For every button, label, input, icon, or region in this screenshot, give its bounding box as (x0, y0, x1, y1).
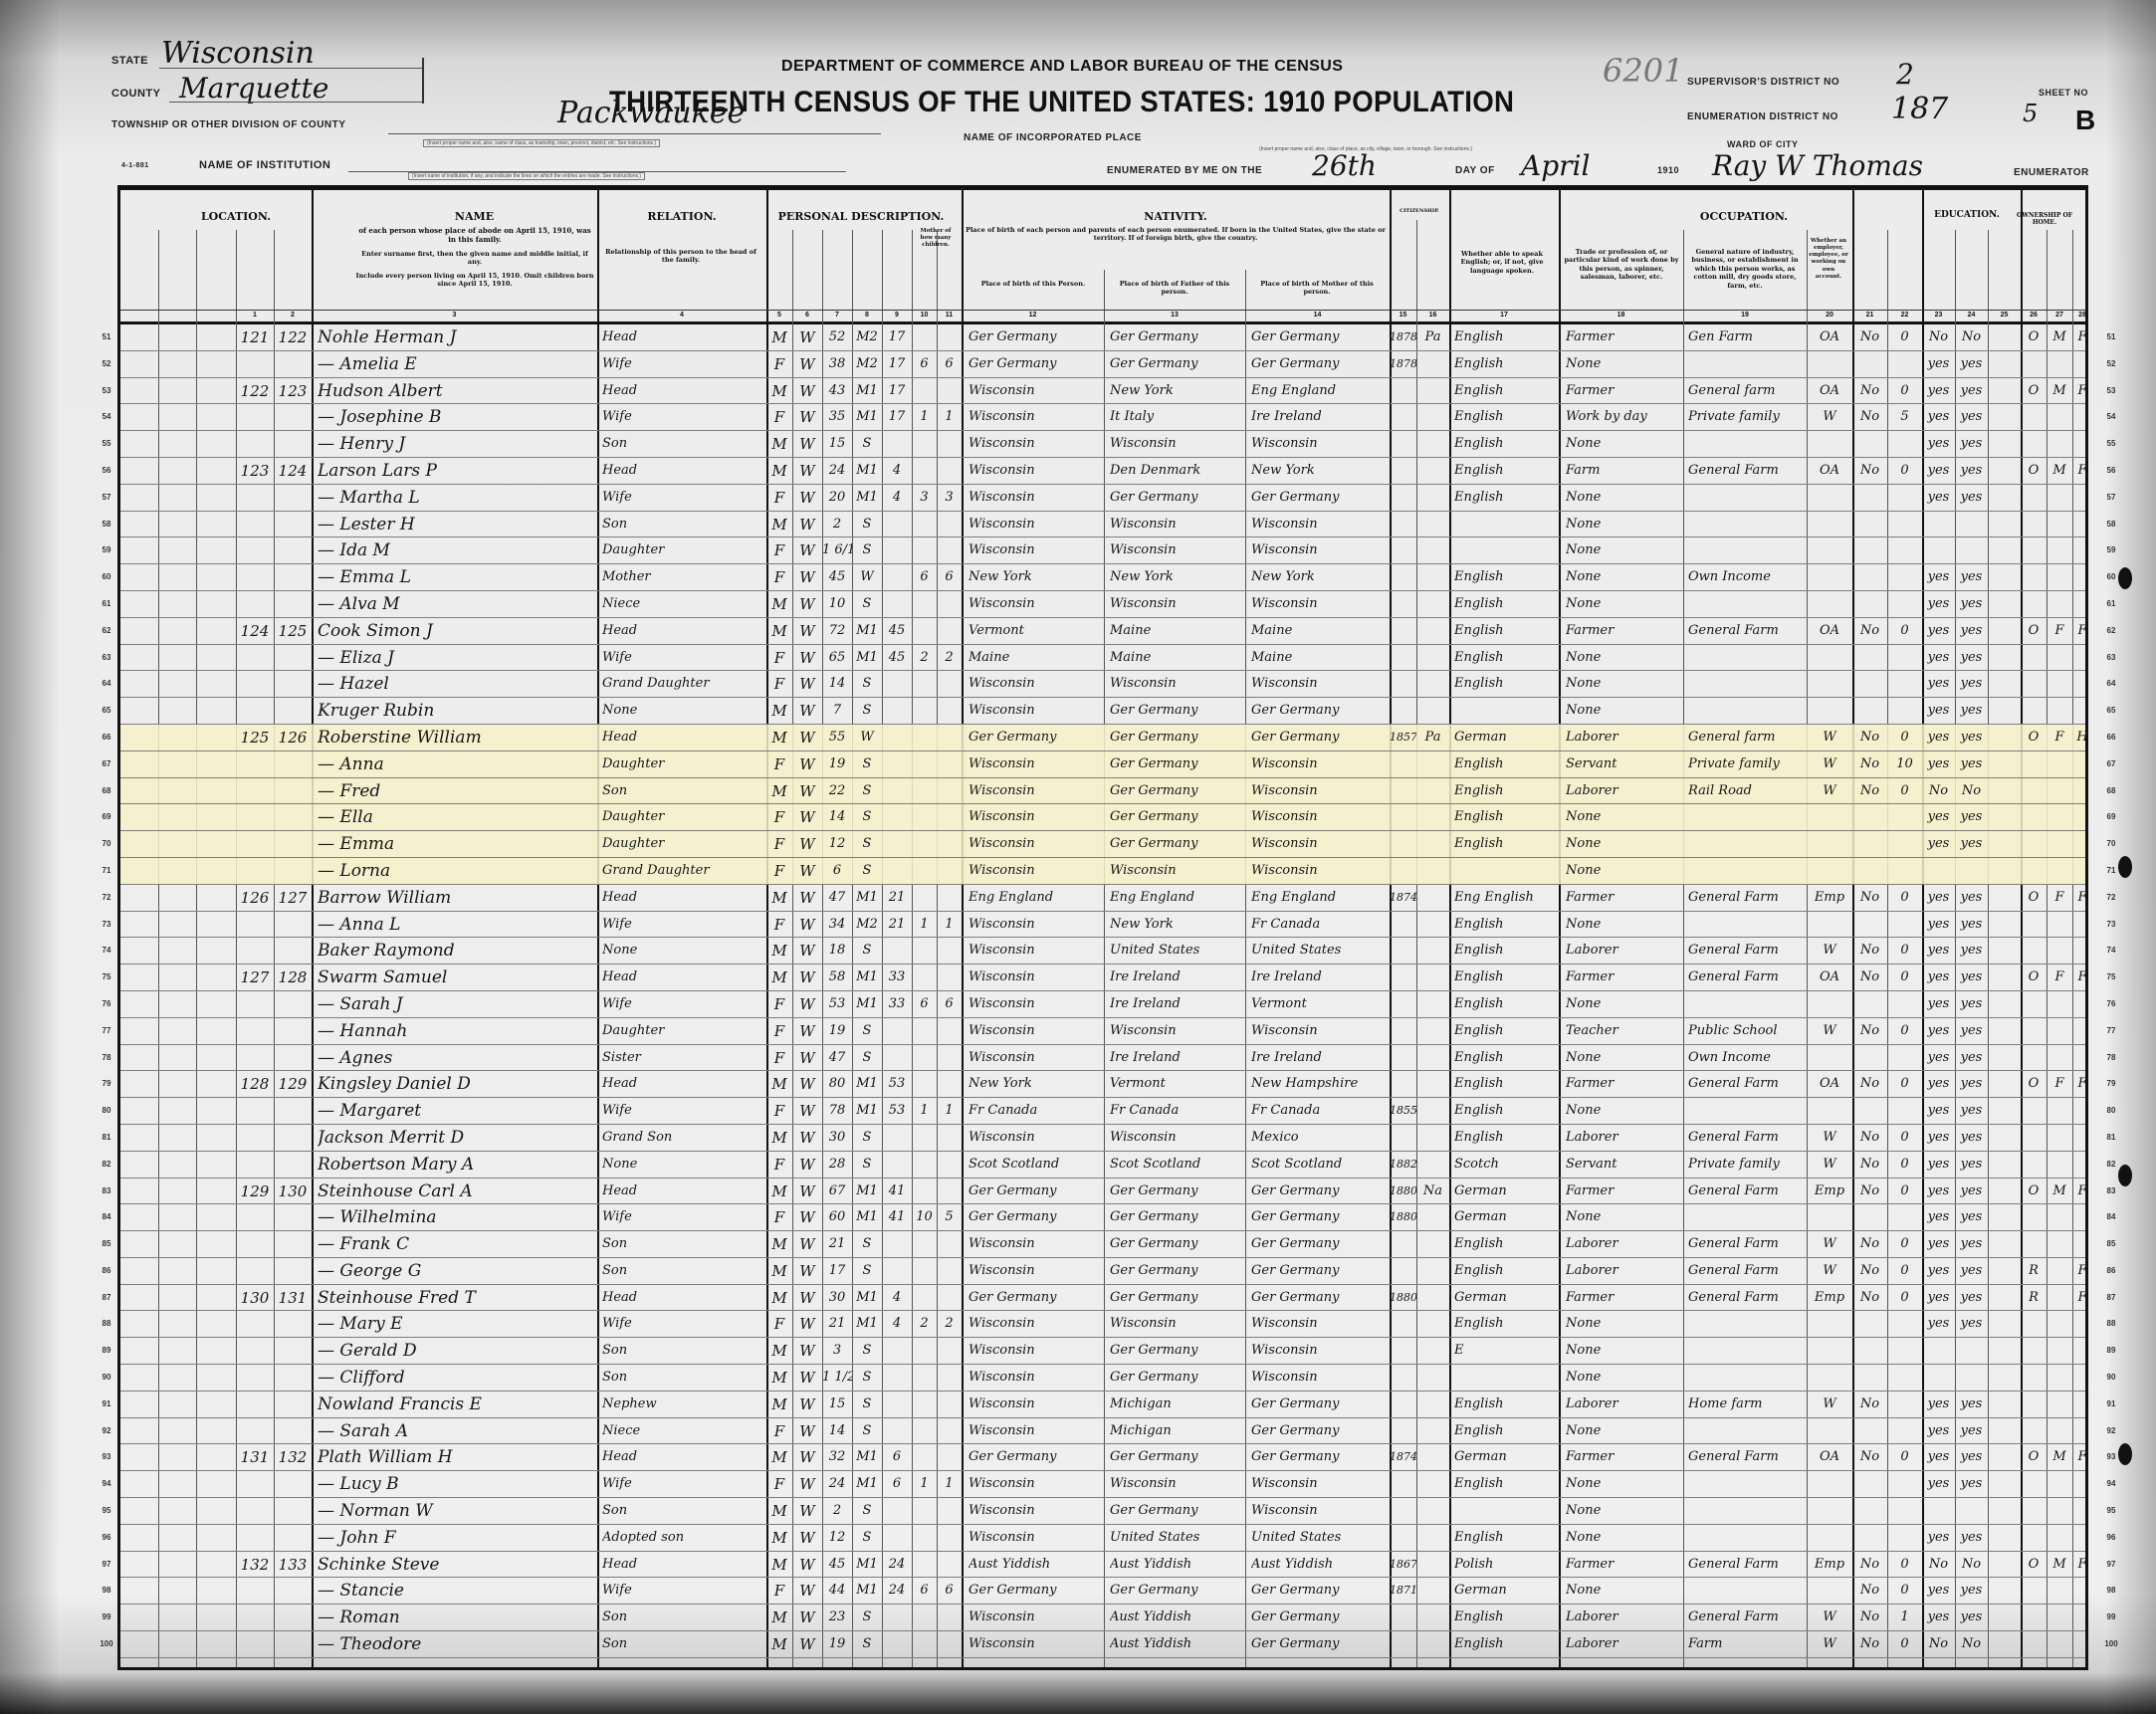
language: English (1454, 938, 1558, 964)
industry: General Farm (1688, 1444, 1806, 1470)
birthplace: Wisconsin (969, 1365, 1102, 1391)
trade: Laborer (1566, 938, 1681, 964)
line-number-left: 54 (97, 412, 116, 421)
can-write: yes (1955, 804, 1988, 830)
census-row[interactable]: 91 Nowland Francis E Nephew M W 15 S Wis… (120, 1392, 2085, 1418)
census-row[interactable]: 77 — Hannah Daughter F W 19 S Wisconsin … (120, 1018, 2085, 1045)
census-row[interactable]: 88 — Mary E Wife F W 21 M1 4 2 2 Wiscons… (120, 1311, 2085, 1338)
census-row[interactable]: 55 — Henry J Son M W 15 S Wisconsin Wisc… (120, 431, 2085, 458)
can-read: yes (1922, 804, 1955, 830)
mother-birthplace: Ire Ireland (1251, 1045, 1389, 1071)
person-name: Swarm Samuel (318, 964, 594, 990)
race: W (792, 537, 822, 563)
census-row[interactable]: 71 — Lorna Grand Daughter F W 6 S Wiscon… (120, 858, 2085, 885)
father-birthplace: Ger Germany (1110, 1285, 1243, 1311)
years-married (882, 591, 912, 617)
census-row[interactable]: 99 — Roman Son M W 23 S Wisconsin Aust Y… (120, 1605, 2085, 1631)
farm-or-house (2072, 1525, 2092, 1551)
birthplace: Wisconsin (969, 938, 1102, 964)
can-read (1922, 1498, 1955, 1524)
trade: None (1566, 1418, 1681, 1444)
person-name: — Mary E (318, 1311, 594, 1337)
person-name: — Sarah J (318, 991, 594, 1017)
census-row[interactable]: 95 — Norman W Son M W 2 S Wisconsin Ger … (120, 1498, 2085, 1525)
census-row[interactable]: 87 130 131 Steinhouse Fred T Head M W 30… (120, 1285, 2085, 1312)
farm-or-house (2072, 778, 2092, 804)
line-number-right: 68 (2101, 786, 2121, 795)
language: English (1454, 1258, 1558, 1284)
trade: Laborer (1566, 778, 1681, 804)
column-number: 15 (1390, 312, 1416, 319)
birthplace: Ger Germany (969, 1204, 1102, 1230)
out-of-work: No (1852, 1231, 1887, 1257)
home-mortgaged (2047, 1578, 2072, 1604)
employer-status: OA (1807, 1444, 1852, 1470)
employer-status (1807, 1365, 1852, 1391)
person-name: — Sarah A (318, 1418, 594, 1444)
can-write: yes (1955, 1418, 1988, 1444)
birthplace: Wisconsin (969, 751, 1102, 777)
children-born (912, 1152, 937, 1178)
home-owned (2021, 858, 2047, 884)
census-row[interactable]: 75 127 128 Swarm Samuel Head M W 58 M1 3… (120, 964, 2085, 991)
state-value: Wisconsin (161, 36, 315, 71)
home-mortgaged: F (2047, 725, 2072, 750)
naturalization: Na (1416, 1178, 1449, 1204)
children-born (912, 537, 937, 563)
industry: Own Income (1688, 1045, 1806, 1071)
census-row[interactable]: 79 128 129 Kingsley Daniel D Head M W 80… (120, 1071, 2085, 1098)
census-row[interactable]: 93 131 132 Plath William H Head M W 32 M… (120, 1444, 2085, 1471)
nativity-heading: NATIVITY. (962, 210, 1390, 223)
age: 14 (822, 671, 852, 697)
person-name: Roberstine William (318, 725, 594, 750)
immigration-year: 1874 (1390, 1444, 1416, 1470)
marital-status: S (852, 1605, 882, 1630)
can-write: yes (1955, 1285, 1988, 1311)
can-write: yes (1955, 1045, 1988, 1071)
language: English (1454, 1525, 1558, 1551)
out-of-work: No (1852, 1578, 1887, 1604)
years-married (882, 431, 912, 457)
can-read: yes (1922, 431, 1955, 457)
mother-birthplace: Vermont (1251, 991, 1389, 1017)
race: W (792, 485, 822, 511)
can-write: yes (1955, 991, 1988, 1017)
line-number-left: 87 (97, 1293, 116, 1302)
home-mortgaged (2047, 1418, 2072, 1444)
line-number-right: 95 (2101, 1506, 2121, 1515)
can-read: yes (1922, 1525, 1955, 1551)
census-sheet: STATE Wisconsin COUNTY Marquette TOWNSHI… (0, 0, 2156, 1714)
out-of-work (1852, 1498, 1887, 1524)
family-number (274, 1311, 312, 1337)
enumerated-label: ENUMERATED BY ME ON THE (1107, 165, 1262, 176)
census-row[interactable]: 58 — Lester H Son M W 2 S Wisconsin Wisc… (120, 512, 2085, 538)
sex: M (766, 458, 792, 484)
home-mortgaged (2047, 912, 2072, 938)
person-name: — Anna L (318, 912, 594, 938)
census-row[interactable]: 90 — Clifford Son M W 1 1/2 S Wisconsin … (120, 1365, 2085, 1392)
farm-or-house (2072, 671, 2092, 697)
employer-status: W (1807, 1631, 1852, 1657)
census-row[interactable]: 73 — Anna L Wife F W 34 M2 21 1 1 Wiscon… (120, 912, 2085, 939)
census-row[interactable]: 64 — Hazel Grand Daughter F W 14 S Wisco… (120, 671, 2085, 698)
race: W (792, 645, 822, 671)
out-of-work (1852, 645, 1887, 671)
years-married: 17 (882, 378, 912, 404)
years-married (882, 1338, 912, 1364)
father-birthplace: Michigan (1110, 1418, 1243, 1444)
enumeration-number: 187 (1891, 92, 1948, 126)
birthplace: Wisconsin (969, 1231, 1102, 1257)
age: 20 (822, 485, 852, 511)
immigration-year: 1871 (1390, 1578, 1416, 1604)
weeks-out-of-work (1887, 512, 1922, 537)
sex: F (766, 991, 792, 1017)
can-read: yes (1922, 698, 1955, 724)
census-row[interactable]: 78 — Agnes Sister F W 47 S Wisconsin Ire… (120, 1045, 2085, 1072)
naturalization (1416, 1071, 1449, 1097)
naturalization (1416, 404, 1449, 430)
dwelling-number (236, 698, 274, 724)
line-number-left: 68 (97, 786, 116, 795)
census-row[interactable]: 60 — Emma L Mother F W 45 W 6 6 New York… (120, 564, 2085, 591)
sex: F (766, 404, 792, 430)
years-married (882, 564, 912, 590)
language: English (1454, 1392, 1558, 1417)
immigration-year (1390, 831, 1416, 857)
mother-of-desc: Mother of how many children. (917, 228, 955, 249)
dwelling-number (236, 1311, 274, 1337)
farm-or-house: F (2072, 885, 2092, 911)
father-birthplace: Wisconsin (1110, 1311, 1243, 1337)
employer-status (1807, 1311, 1852, 1337)
can-write: yes (1955, 591, 1988, 617)
mother-birthplace: Wisconsin (1251, 1018, 1389, 1044)
person-name: Hudson Albert (318, 378, 594, 404)
line-number-left: 51 (97, 332, 116, 341)
column-number: 28 (2072, 312, 2092, 319)
weeks-out-of-work: 0 (1887, 1258, 1922, 1284)
children-living (937, 938, 962, 964)
home-owned (2021, 591, 2047, 617)
children-living (937, 1498, 962, 1524)
weeks-out-of-work (1887, 1204, 1922, 1230)
out-of-work (1852, 591, 1887, 617)
naturalization (1416, 591, 1449, 617)
out-of-work: No (1852, 1444, 1887, 1470)
census-row[interactable]: 61 — Alva M Niece M W 10 S Wisconsin Wis… (120, 591, 2085, 618)
enumeration-label: ENUMERATION DISTRICT NO (1687, 111, 1838, 122)
children-born (912, 1018, 937, 1044)
farm-or-house (2072, 1125, 2092, 1151)
family-number (274, 564, 312, 590)
children-living (937, 964, 962, 990)
weeks-out-of-work: 0 (1887, 885, 1922, 911)
can-write: yes (1955, 1018, 1988, 1044)
census-row[interactable]: 80 — Margaret Wife F W 78 M1 53 1 1 Fr C… (120, 1098, 2085, 1125)
line-number-right: 92 (2101, 1426, 2121, 1435)
birthplace: Wisconsin (969, 778, 1102, 804)
census-row[interactable]: 100 — Theodore Son M W 19 S Wisconsin Au… (120, 1631, 2085, 1658)
years-married (882, 512, 912, 537)
census-row[interactable]: 65 Kruger Rubin None M W 7 S Wisconsin G… (120, 698, 2085, 725)
line-number-left: 75 (97, 972, 116, 981)
line-number-left: 76 (97, 999, 116, 1008)
mother-birthplace: Ger Germany (1251, 1631, 1389, 1657)
dwelling-number: 130 (236, 1285, 274, 1311)
line-number-left: 78 (97, 1053, 116, 1062)
mother-birthplace: Wisconsin (1251, 591, 1389, 617)
census-row[interactable]: 67 — Anna Daughter F W 19 S Wisconsin Ge… (120, 751, 2085, 778)
relation: Wife (602, 1471, 763, 1497)
dwelling-number (236, 404, 274, 430)
can-write: yes (1955, 671, 1988, 697)
industry: Rail Road (1688, 778, 1806, 804)
line-number-right: 54 (2101, 412, 2121, 421)
family-number (274, 1204, 312, 1230)
marital-status: S (852, 698, 882, 724)
birthplace: Wisconsin (969, 1498, 1102, 1524)
home-owned (2021, 1525, 2047, 1551)
industry: Own Income (1688, 564, 1806, 590)
column-number: 13 (1104, 312, 1245, 319)
relation: Wife (602, 485, 763, 511)
census-row[interactable]: 74 Baker Raymond None M W 18 S Wisconsin… (120, 938, 2085, 964)
race: W (792, 1338, 822, 1364)
census-row[interactable]: 66 125 126 Roberstine William Head M W 5… (120, 725, 2085, 751)
father-birthplace: Vermont (1110, 1071, 1243, 1097)
can-write: yes (1955, 645, 1988, 671)
children-born: 3 (912, 485, 937, 511)
census-row[interactable]: 89 — Gerald D Son M W 3 S Wisconsin Ger … (120, 1338, 2085, 1365)
out-of-work (1852, 804, 1887, 830)
industry: General Farm (1688, 1605, 1806, 1630)
out-of-work (1852, 351, 1887, 377)
out-of-work: No (1852, 324, 1887, 350)
can-write: yes (1955, 1178, 1988, 1204)
census-row[interactable]: 56 123 124 Larson Lars P Head M W 24 M1 … (120, 458, 2085, 485)
marital-status: W (852, 564, 882, 590)
employer-status: W (1807, 1258, 1852, 1284)
industry: General Farm (1688, 964, 1806, 990)
can-read: yes (1922, 831, 1955, 857)
family-number (274, 404, 312, 430)
marital-status: M1 (852, 1098, 882, 1124)
line-number-left: 80 (97, 1106, 116, 1115)
immigration-year (1390, 751, 1416, 777)
marital-status: S (852, 1365, 882, 1391)
language: English (1454, 404, 1558, 430)
home-mortgaged (2047, 1258, 2072, 1284)
children-born (912, 964, 937, 990)
institution-label: NAME OF INSTITUTION (199, 159, 330, 171)
can-write: yes (1955, 751, 1988, 777)
census-row[interactable]: 94 — Lucy B Wife F W 24 M1 6 1 1 Wiscons… (120, 1471, 2085, 1498)
home-owned: O (2021, 618, 2047, 644)
family-number (274, 1018, 312, 1044)
can-write (1955, 1365, 1988, 1391)
person-name: — Clifford (318, 1365, 594, 1391)
father-birthplace: Ger Germany (1110, 1578, 1243, 1604)
race: W (792, 831, 822, 857)
industry: General Farm (1688, 458, 1806, 484)
person-name: — Stancie (318, 1578, 594, 1604)
can-read: yes (1922, 725, 1955, 750)
language (1454, 1498, 1558, 1524)
marital-status: S (852, 831, 882, 857)
language: English (1454, 351, 1558, 377)
census-row[interactable]: 98 — Stancie Wife F W 44 M1 24 6 6 Ger G… (120, 1578, 2085, 1605)
family-number (274, 1338, 312, 1364)
children-born (912, 512, 937, 537)
mother-birthplace: United States (1251, 1525, 1389, 1551)
children-living (937, 1418, 962, 1444)
supervisor-label: SUPERVISOR'S DISTRICT NO (1687, 77, 1839, 88)
age: 52 (822, 324, 852, 350)
race: W (792, 378, 822, 404)
age: 34 (822, 912, 852, 938)
person-name: — John F (318, 1525, 594, 1551)
census-row[interactable]: 70 — Emma Daughter F W 12 S Wisconsin Ge… (120, 831, 2085, 858)
census-row[interactable]: 63 — Eliza J Wife F W 65 M1 45 2 2 Maine… (120, 645, 2085, 672)
age: 30 (822, 1125, 852, 1151)
language: English (1454, 1631, 1558, 1657)
home-owned (2021, 698, 2047, 724)
mother-birthplace: Ger Germany (1251, 351, 1389, 377)
can-read: yes (1922, 964, 1955, 990)
farm-or-house (2072, 1578, 2092, 1604)
age: 15 (822, 1392, 852, 1417)
language: E (1454, 1338, 1558, 1364)
home-mortgaged (2047, 645, 2072, 671)
line-number-right: 98 (2101, 1586, 2121, 1595)
father-birthplace: Ger Germany (1110, 485, 1243, 511)
home-mortgaged (2047, 1204, 2072, 1230)
years-married: 17 (882, 351, 912, 377)
sex: M (766, 1525, 792, 1551)
home-mortgaged (2047, 1471, 2072, 1497)
children-living (937, 1365, 962, 1391)
relation: Head (602, 1071, 763, 1097)
naturalization (1416, 564, 1449, 590)
can-read: yes (1922, 485, 1955, 511)
race: W (792, 1605, 822, 1630)
mother-birthplace: Ger Germany (1251, 698, 1389, 724)
census-row[interactable]: 96 — John F Adopted son M W 12 S Wiscons… (120, 1525, 2085, 1552)
census-row[interactable]: 92 — Sarah A Niece F W 14 S Wisconsin Mi… (120, 1418, 2085, 1445)
age: 38 (822, 351, 852, 377)
children-living (937, 512, 962, 537)
name-heading: NAME (351, 210, 597, 223)
mother-birthplace: New Hampshire (1251, 1071, 1389, 1097)
naturalization (1416, 351, 1449, 377)
out-of-work: No (1852, 618, 1887, 644)
census-row[interactable]: 54 — Josephine B Wife F W 35 M1 17 1 1 W… (120, 404, 2085, 431)
census-row[interactable]: 85 — Frank C Son M W 21 S Wisconsin Ger … (120, 1231, 2085, 1258)
census-row[interactable]: 86 — George G Son M W 17 S Wisconsin Ger… (120, 1258, 2085, 1285)
census-row[interactable]: 81 Jackson Merrit D Grand Son M W 30 S W… (120, 1125, 2085, 1152)
naturalization (1416, 912, 1449, 938)
naturalization (1416, 1258, 1449, 1284)
sex: M (766, 324, 792, 350)
weeks-out-of-work (1887, 1471, 1922, 1497)
race: W (792, 1045, 822, 1071)
home-mortgaged (2047, 1285, 2072, 1311)
can-write: yes (1955, 378, 1988, 404)
census-row[interactable]: 51 121 122 Nohle Herman J Head M W 52 M2… (120, 324, 2085, 351)
census-row[interactable]: 57 — Martha L Wife F W 20 M1 4 3 3 Wisco… (120, 485, 2085, 512)
language: English (1454, 1231, 1558, 1257)
line-number-right: 88 (2101, 1319, 2121, 1328)
census-row[interactable]: 82 Robertson Mary A None F W 28 S Scot S… (120, 1152, 2085, 1178)
dwelling-number: 132 (236, 1552, 274, 1578)
birthplace: Wisconsin (969, 1258, 1102, 1284)
census-row[interactable]: 72 126 127 Barrow William Head M W 47 M1… (120, 885, 2085, 912)
person-name: — Lorna (318, 858, 594, 884)
immigration-year (1390, 458, 1416, 484)
marital-status: M1 (852, 1471, 882, 1497)
person-name: — George G (318, 1258, 594, 1284)
census-row[interactable]: 53 122 123 Hudson Albert Head M W 43 M1 … (120, 378, 2085, 405)
census-row[interactable]: 76 — Sarah J Wife F W 53 M1 33 6 6 Wisco… (120, 991, 2085, 1018)
children-born (912, 1498, 937, 1524)
can-write: No (1955, 778, 1988, 804)
census-row[interactable]: 62 124 125 Cook Simon J Head M W 72 M1 4… (120, 618, 2085, 645)
farm-or-house: F (2072, 1444, 2092, 1470)
marital-status: S (852, 537, 882, 563)
immigration-year (1390, 537, 1416, 563)
industry (1688, 1578, 1806, 1604)
out-of-work (1852, 1098, 1887, 1124)
line-number-right: 77 (2101, 1026, 2121, 1035)
home-mortgaged (2047, 1365, 2072, 1391)
census-row[interactable]: 97 132 133 Schinke Steve Head M W 45 M1 … (120, 1552, 2085, 1579)
family-number: 131 (274, 1285, 312, 1311)
family-number (274, 1231, 312, 1257)
census-row[interactable]: 84 — Wilhelmina Wife F W 60 M1 41 10 5 G… (120, 1204, 2085, 1231)
census-row[interactable]: 69 — Ella Daughter F W 14 S Wisconsin Ge… (120, 804, 2085, 831)
industry (1688, 831, 1806, 857)
census-row[interactable]: 83 129 130 Steinhouse Carl A Head M W 67… (120, 1178, 2085, 1205)
years-married (882, 1125, 912, 1151)
birthplace: Wisconsin (969, 1525, 1102, 1551)
weeks-out-of-work: 0 (1887, 964, 1922, 990)
census-row[interactable]: 59 — Ida M Daughter F W 1 6/12 S Wiscons… (120, 537, 2085, 564)
farm-or-house (2072, 1204, 2092, 1230)
census-row[interactable]: 52 — Amelia E Wife F W 38 M2 17 6 6 Ger … (120, 351, 2085, 378)
father-birthplace: Maine (1110, 618, 1243, 644)
can-write: yes (1955, 1392, 1988, 1417)
dwelling-number: 127 (236, 964, 274, 990)
out-of-work (1852, 1204, 1887, 1230)
census-row[interactable]: 68 — Fred Son M W 22 S Wisconsin Ger Ger… (120, 778, 2085, 805)
home-mortgaged: M (2047, 1444, 2072, 1470)
weeks-out-of-work (1887, 991, 1922, 1017)
marital-status: M1 (852, 1444, 882, 1470)
family-number: 124 (274, 458, 312, 484)
industry (1688, 431, 1806, 457)
years-married (882, 831, 912, 857)
language: English (1454, 991, 1558, 1017)
years-married: 17 (882, 404, 912, 430)
mother-birthplace: Wisconsin (1251, 537, 1389, 563)
naturalization (1416, 1152, 1449, 1178)
marital-status: W (852, 725, 882, 750)
age: 24 (822, 458, 852, 484)
weeks-out-of-work (1887, 698, 1922, 724)
